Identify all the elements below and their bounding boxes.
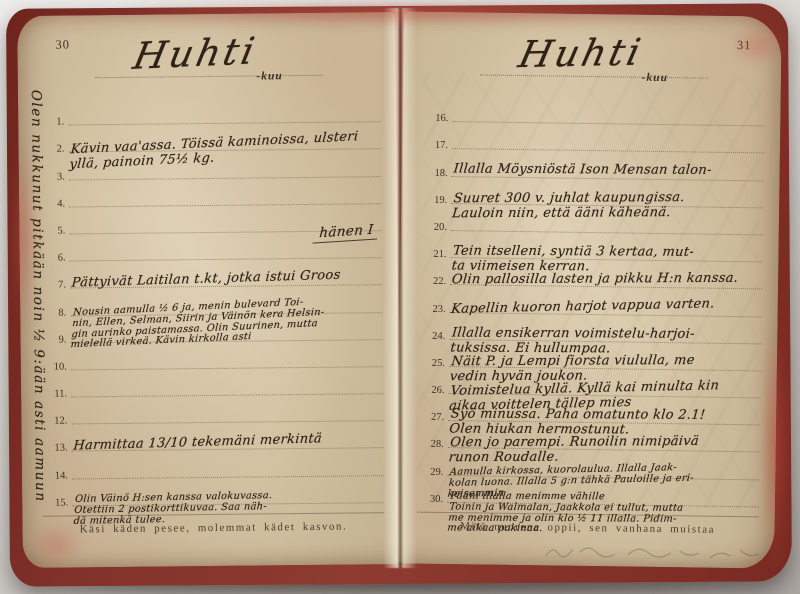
line-number: 1. [42, 117, 64, 128]
handwritten-entry: Pääni illalla menimme vähille Toinin ja … [447, 491, 781, 536]
ruled-line [72, 475, 384, 479]
diary-row: 7.Pättyivät Laitilan t.kt, jotka istui G… [38, 263, 384, 294]
left-page-header: Huhti-kuu [35, 22, 382, 98]
line-number: 2. [42, 144, 64, 155]
left-page-rows: 1.2.Kävin vaa'assa. Töissä kaminoissa, u… [36, 100, 386, 511]
ruled-line [71, 366, 383, 370]
line-number: 11. [45, 389, 67, 400]
ruled-line [71, 393, 383, 397]
diary-photo: 30 Huhti-kuu 1.2.Kävin vaa'assa. Töissä … [0, 0, 800, 594]
month-suffix-printed: -kuu [256, 70, 282, 82]
line-number: 12. [45, 416, 67, 427]
diary-row: 8.Nousin aamulla ½ 6 ja, menin bulevard … [38, 290, 384, 321]
diary-left-page: 30 Huhti-kuu 1.2.Kävin vaa'assa. Töissä … [17, 12, 401, 568]
line-number: 5. [43, 225, 65, 236]
diary-row: 13.Harmittaa 13/10 tekemäni merkintä [39, 426, 385, 457]
ruled-line [69, 203, 381, 207]
handwritten-entry: Illalla ensikerran voimistelu-harjoi- tu… [450, 326, 783, 357]
line-number: 13. [46, 443, 68, 454]
line-number: 6. [44, 253, 66, 264]
month-handwritten: Huhti [515, 31, 647, 76]
handwritten-annotation: hänen I [313, 223, 378, 244]
diary-row: 12. [39, 399, 385, 430]
handwritten-entry: Olin pallosilla lasten ja pikku H:n kans… [451, 272, 783, 288]
line-number: 3. [43, 171, 65, 182]
line-number: 10. [45, 361, 67, 372]
diary-row: 11. [39, 372, 385, 403]
diary-row: 15.Olin Väinö H:sen kanssa valokuvassa. … [40, 481, 386, 512]
handwritten-entry: Pättyivät Laitilan t.kt, jotka istui Gro… [71, 267, 403, 291]
diary-right-page: 31 Huhti-kuu 16.17.18.Illalla Möysniöstä… [396, 11, 782, 568]
book-gutter-crease [383, 8, 417, 568]
diary-row: 1. [36, 100, 382, 131]
diary-row: 14. [40, 454, 386, 485]
handwritten-entry: Olin Väinö H:sen kanssa valokuvassa. Ote… [73, 488, 405, 527]
pencil-scribble-marks [540, 533, 770, 570]
handwritten-entry: Suuret 300 v. juhlat kaupungissa. Lauloi… [451, 190, 785, 221]
left-page-content: 30 Huhti-kuu 1.2.Kävin vaa'assa. Töissä … [17, 12, 401, 568]
line-number: 8. [44, 307, 66, 318]
line-number: 4. [43, 198, 65, 209]
ruled-line [68, 121, 380, 125]
handwritten-entry: Illalla Möysniöstä Ison Mensan talon- [453, 163, 785, 179]
handwritten-entry: Harmittaa 13/10 tekemäni merkintä [73, 430, 405, 454]
diary-row: 6.hänen I [37, 236, 383, 267]
line-number: 15. [46, 497, 68, 508]
diary-row: 4. [37, 182, 383, 213]
line-number: 7. [44, 280, 66, 291]
ruled-line [71, 420, 383, 424]
line-number: 14. [46, 470, 68, 481]
ruled-line [69, 176, 381, 180]
handwritten-entry: Olen jo parempi. Runoilin nimipäivä runo… [448, 435, 782, 466]
diary-row: 2.Kävin vaa'assa. Töissä kaminoissa, uls… [36, 127, 382, 158]
line-number: 9. [44, 334, 66, 345]
ruled-line [70, 257, 382, 261]
month-handwritten: Huhti [130, 29, 261, 78]
